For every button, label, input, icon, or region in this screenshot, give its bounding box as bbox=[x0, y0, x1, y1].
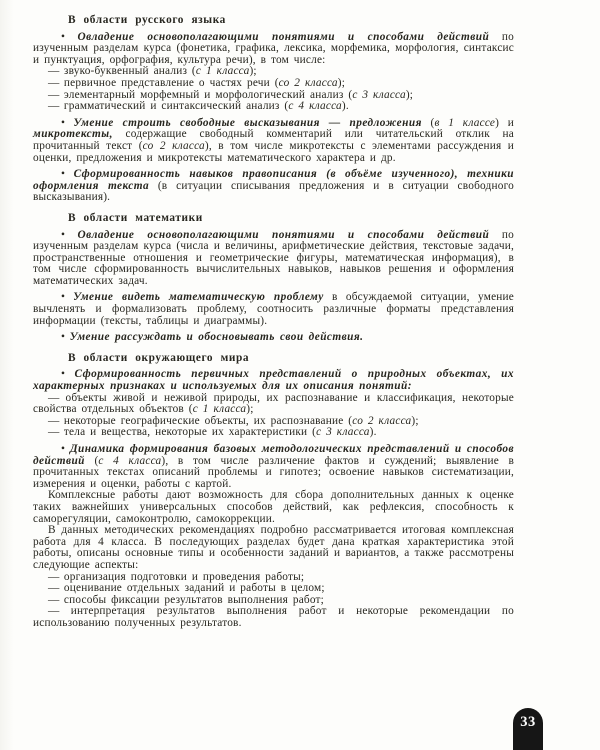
text-segment: с 3 класса bbox=[316, 426, 370, 438]
section-heading: В области русского языка bbox=[33, 15, 514, 27]
dash-marker: — bbox=[48, 571, 64, 583]
text-segment: звуко-буквенный анализ ( bbox=[64, 65, 196, 77]
text-segment: Овладение основополагающими понятиями и … bbox=[77, 31, 489, 43]
text-segment: Умение рассуждать и обосновывать свои де… bbox=[70, 331, 364, 343]
bullet-marker: • bbox=[61, 117, 73, 129]
paragraph: • Сформированность навыков правописания … bbox=[33, 169, 514, 204]
section-heading: В области математики bbox=[33, 213, 514, 225]
text-segment: элементарный морфемный и морфологический… bbox=[64, 89, 352, 101]
dash-marker: — bbox=[48, 426, 64, 438]
dash-marker: — bbox=[48, 392, 66, 404]
text-segment: Умение строить свободные высказывания — … bbox=[73, 117, 421, 129]
paragraph: • Овладение основополагающими понятиями … bbox=[33, 230, 514, 288]
paragraph: Комплексные работы дают возможность для … bbox=[33, 490, 514, 525]
dash-marker: — bbox=[48, 594, 64, 606]
dash-marker: — bbox=[48, 100, 64, 112]
paragraph: • Динамика формирования базовых методоло… bbox=[33, 444, 514, 490]
text-segment: ). bbox=[370, 426, 377, 438]
paragraph: • Овладение основополагающими понятиями … bbox=[33, 32, 514, 67]
section-heading: В области окружающего мира bbox=[33, 353, 514, 365]
text-segment: ( bbox=[85, 455, 99, 467]
dash-marker: — bbox=[48, 605, 71, 617]
text-segment: Овладение основополагающими понятиями и … bbox=[77, 229, 489, 241]
text-segment: интерпретация результатов выполнения раб… bbox=[33, 605, 514, 629]
text-segment: со 2 класса bbox=[279, 77, 338, 89]
dash-marker: — bbox=[48, 89, 64, 101]
paragraph: • Сформированность первичных представлен… bbox=[33, 369, 514, 392]
text-segment: В области математики bbox=[68, 212, 203, 224]
page-number: 33 bbox=[520, 714, 536, 731]
text-segment: способы фиксации результатов выполнения … bbox=[64, 594, 324, 606]
bullet-marker: • bbox=[61, 291, 73, 303]
text-segment: ( bbox=[422, 117, 435, 129]
bullet-marker: • bbox=[61, 443, 70, 455]
dash-marker: — bbox=[48, 582, 64, 594]
text-segment: с 4 класса bbox=[98, 455, 161, 467]
text-segment: некоторые географические объекты, их рас… bbox=[64, 415, 352, 427]
book-page: В области русского языка• Овладение осно… bbox=[0, 0, 600, 750]
list-item: — интерпретация результатов выполнения р… bbox=[33, 606, 514, 629]
text-segment: В области окружающего мира bbox=[68, 352, 249, 364]
text-segment: организация подготовки и проведения рабо… bbox=[64, 571, 304, 583]
text-segment: ); bbox=[249, 65, 256, 77]
text-segment: с 3 класса bbox=[352, 89, 406, 101]
dash-marker: — bbox=[48, 77, 64, 89]
text-segment: микротексты, bbox=[33, 128, 113, 140]
bullet-marker: • bbox=[61, 31, 77, 43]
text-segment: Умение видеть математическую проблему bbox=[73, 291, 324, 303]
text-segment: первичное представление о частях речи ( bbox=[64, 77, 279, 89]
text-segment: со 2 класса bbox=[143, 140, 205, 152]
text-segment: с 1 класса bbox=[196, 65, 250, 77]
page-number-badge: 33 bbox=[513, 708, 543, 750]
text-segment: объекты живой и неживой природы, их расп… bbox=[33, 392, 514, 416]
bullet-marker: • bbox=[61, 229, 77, 241]
paragraph: В данных методических рекомендациях подр… bbox=[33, 525, 514, 571]
list-item: — грамматический и синтаксический анализ… bbox=[33, 101, 514, 113]
text-segment: ) и bbox=[495, 117, 514, 129]
text-segment: ). bbox=[342, 100, 349, 112]
dash-marker: — bbox=[48, 65, 64, 77]
text-segment: ); bbox=[411, 415, 418, 427]
text-segment: В области русского языка bbox=[68, 14, 226, 26]
text-segment: оценивание отдельных заданий и работы в … bbox=[64, 582, 325, 594]
text-segment: В данных методических рекомендациях подр… bbox=[33, 524, 514, 571]
text-segment: со 2 класса bbox=[352, 415, 411, 427]
text-segment: Комплексные работы дают возможность для … bbox=[33, 489, 514, 524]
text-segment: с 4 класса bbox=[288, 100, 342, 112]
text-segment: Сформированность первичных представлений… bbox=[33, 368, 514, 392]
page-content: В области русского языка• Овладение осно… bbox=[33, 6, 514, 630]
paragraph: • Умение видеть математическую проблему … bbox=[33, 292, 514, 327]
bullet-marker: • bbox=[61, 368, 75, 380]
list-item: — тела и вещества, некоторые их характер… bbox=[33, 427, 514, 439]
text-segment: ); bbox=[338, 77, 345, 89]
text-segment: ); bbox=[406, 89, 413, 101]
bullet-marker: • bbox=[61, 168, 74, 180]
paragraph: • Умение рассуждать и обосновывать свои … bbox=[33, 332, 514, 344]
list-item: — объекты живой и неживой природы, их ра… bbox=[33, 393, 514, 416]
paragraph: • Умение строить свободные высказывания … bbox=[33, 118, 514, 164]
text-segment: ); bbox=[246, 403, 253, 415]
dash-marker: — bbox=[48, 415, 64, 427]
text-segment: тела и вещества, некоторые их характерис… bbox=[64, 426, 316, 438]
text-segment: грамматический и синтаксический анализ ( bbox=[64, 100, 288, 112]
text-segment: в 1 классе bbox=[435, 117, 496, 129]
bullet-marker: • bbox=[61, 331, 70, 343]
text-segment: с 1 класса bbox=[193, 403, 247, 415]
